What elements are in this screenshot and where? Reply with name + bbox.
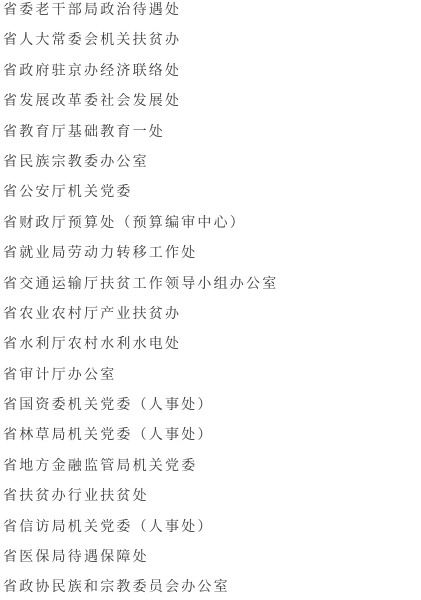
list-item: 省交通运输厅扶贫工作领导小组办公室	[3, 269, 421, 299]
list-item: 省财政厅预算处（预算编审中心）	[3, 208, 421, 238]
list-item: 省林草局机关党委（人事处）	[3, 420, 421, 450]
list-item: 省就业局劳动力转移工作处	[3, 238, 421, 268]
list-item: 省教育厅基础教育一处	[3, 117, 421, 147]
list-item: 省公安厅机关党委	[3, 177, 421, 207]
list-item: 省发展改革委社会发展处	[3, 86, 421, 116]
list-item: 省扶贫办行业扶贫处	[3, 481, 421, 511]
list-item: 省民族宗教委办公室	[3, 147, 421, 177]
organization-list: 省委老干部局政治待遇处 省人大常委会机关扶贫办 省政府驻京办经济联络处 省发展改…	[3, 0, 421, 600]
list-item: 省审计厅办公室	[3, 360, 421, 390]
list-item: 省委老干部局政治待遇处	[3, 0, 421, 25]
list-item: 省国资委机关党委（人事处）	[3, 390, 421, 420]
list-item: 省医保局待遇保障处	[3, 542, 421, 572]
list-item: 省农业农村厅产业扶贫办	[3, 299, 421, 329]
list-item: 省政府驻京办经济联络处	[3, 56, 421, 86]
list-item: 省信访局机关党委（人事处）	[3, 512, 421, 542]
list-item: 省政协民族和宗教委员会办公室	[3, 572, 421, 600]
list-item: 省人大常委会机关扶贫办	[3, 25, 421, 55]
list-item: 省水利厅农村水利水电处	[3, 329, 421, 359]
list-item: 省地方金融监管局机关党委	[3, 451, 421, 481]
